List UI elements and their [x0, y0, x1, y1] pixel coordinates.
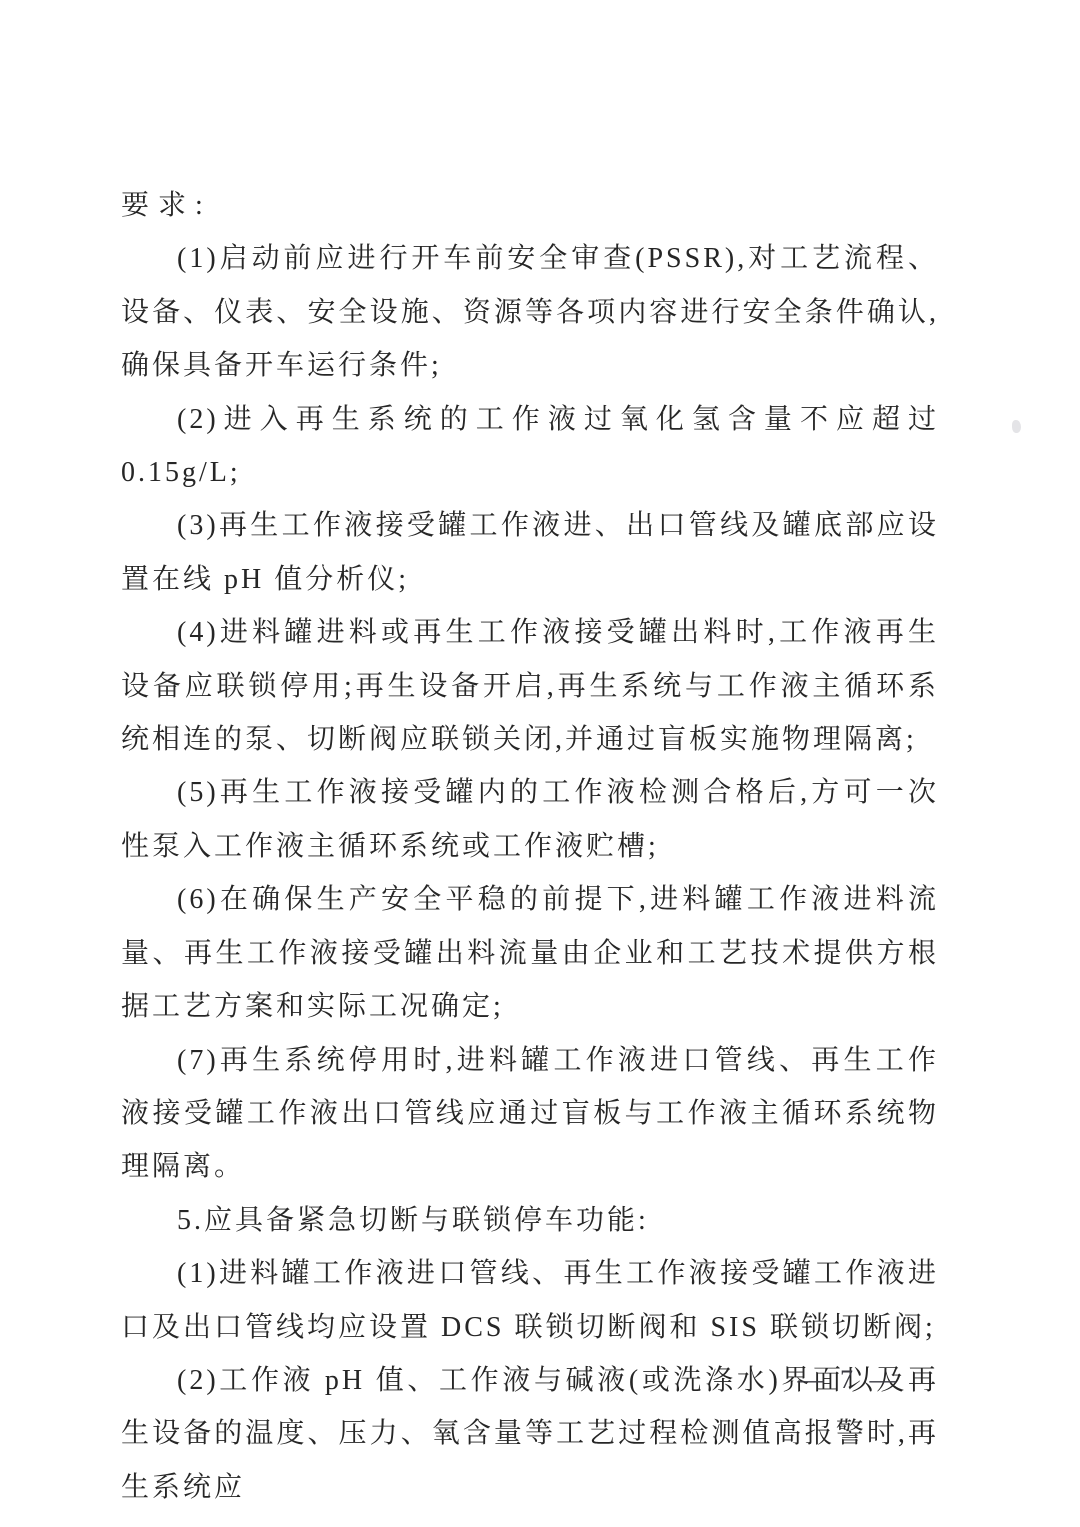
paragraph-section-5-heading: 5.应具备紧急切断与联锁停车功能: — [121, 1194, 939, 1247]
document-body: 要求: (1)启动前应进行开车前安全审查(PSSR),对工艺流程、设备、仪表、安… — [121, 179, 939, 1514]
paragraph-item-1-pssr: (1)启动前应进行开车前安全审查(PSSR),对工艺流程、设备、仪表、安全设施、… — [121, 232, 939, 392]
page-number: — 7 — — [764, 1360, 934, 1400]
scan-artifact — [1012, 420, 1021, 433]
document-page: 要求: (1)启动前应进行开车前安全审查(PSSR),对工艺流程、设备、仪表、安… — [0, 0, 1080, 1527]
paragraph-item-2-h2o2-limit: (2)进入再生系统的工作液过氧化氢含量不应超过 0.15g/L; — [121, 393, 939, 500]
paragraph-section5-item-1-dcs-sis-valves: (1)进料罐工作液进口管线、再生工作液接受罐工作液进口及出口管线均应设置 DCS… — [121, 1247, 939, 1354]
paragraph-item-3-ph-analyzer: (3)再生工作液接受罐工作液进、出口管线及罐底部应设置在线 pH 值分析仪; — [121, 499, 939, 606]
paragraph-item-4-interlock-shutdown: (4)进料罐进料或再生工作液接受罐出料时,工作液再生设备应联锁停用;再生设备开启… — [121, 606, 939, 766]
paragraph-item-7-blind-plate-isolation: (7)再生系统停用时,进料罐工作液进口管线、再生工作液接受罐工作液出口管线应通过… — [121, 1034, 939, 1194]
paragraph-item-6-flow-rates: (6)在确保生产安全平稳的前提下,进料罐工作液进料流量、再生工作液接受罐出料流量… — [121, 873, 939, 1033]
paragraph-item-5-qualified-pump: (5)再生工作液接受罐内的工作液检测合格后,方可一次性泵入工作液主循环系统或工作… — [121, 766, 939, 873]
paragraph-requirements-label: 要求: — [121, 179, 939, 232]
